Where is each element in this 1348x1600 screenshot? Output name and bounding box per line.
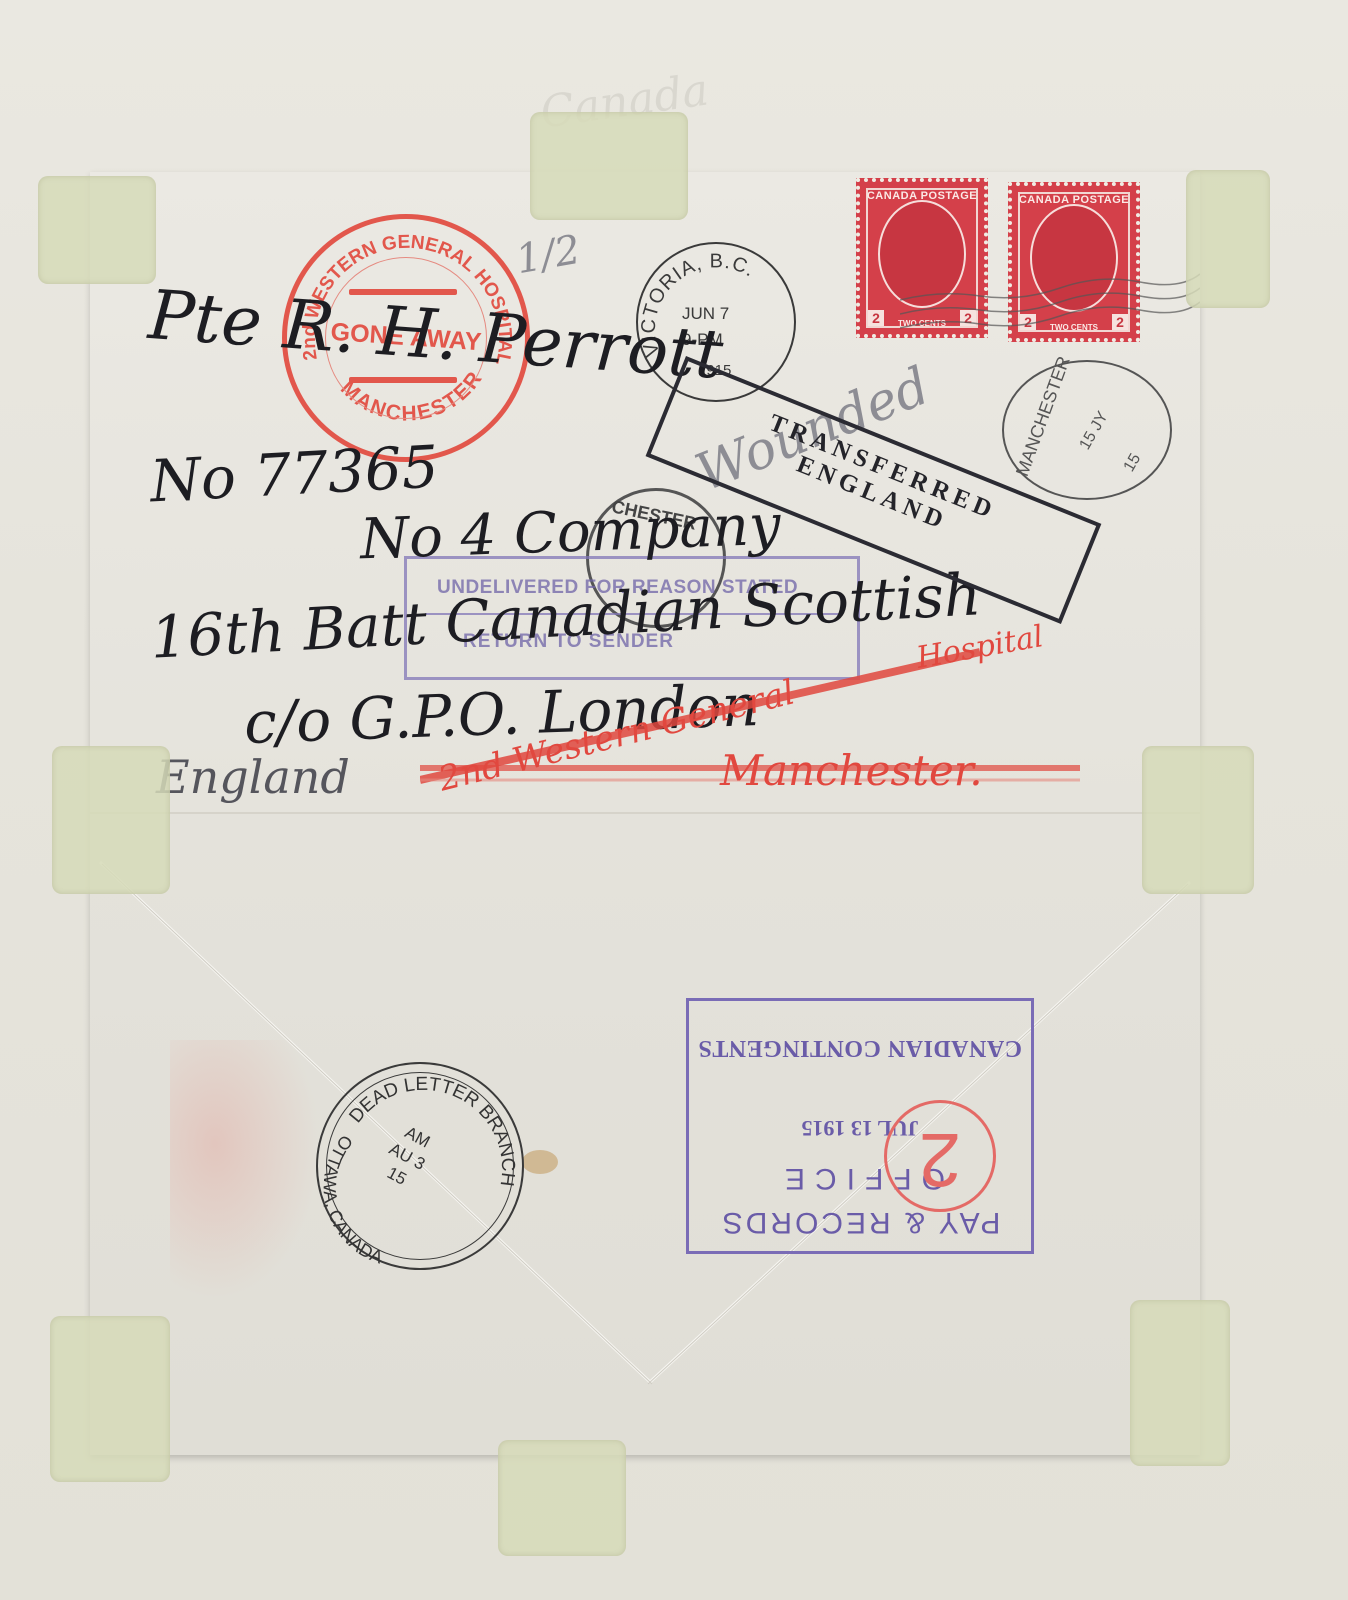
dead-letter-ring-bottom: OTTAWA, CANADA: [319, 1131, 385, 1267]
manchester-date: 15 JY: [1076, 409, 1112, 453]
mounting-tape-mid-right: [1142, 746, 1254, 894]
manchester-postmark: MANCHESTER 15 JY 15: [1002, 360, 1172, 500]
stamp-bar-bottom: [349, 377, 457, 383]
stamp-header: CANADA POSTAGE: [860, 190, 984, 202]
canadian-contingents-label: CANADIAN CONTINGENTS: [689, 1034, 1031, 1061]
stamp-value-left: 2: [868, 310, 884, 326]
mounting-tape-mid-left: [52, 746, 170, 894]
manchester-year: 15: [1121, 451, 1145, 475]
mounting-tape-bottom: [498, 1440, 626, 1556]
mounting-tape-bottom-left: [50, 1316, 170, 1482]
red-circle-numeral-mark: 2: [884, 1100, 996, 1212]
dead-letter-ring-top: DEAD LETTER BRANCH: [345, 1074, 518, 1188]
address-line-country: England: [156, 750, 350, 804]
mounting-tape-top: [530, 112, 688, 220]
mounting-tape-bottom-right: [1130, 1300, 1230, 1466]
mounting-tape-top-right: [1186, 170, 1270, 308]
dead-letter-branch-postmark: DEAD LETTER BRANCH OTTAWA, CANADA AM AU …: [316, 1062, 524, 1270]
red-note-manchester: Manchester.: [720, 746, 983, 795]
pay-records-label: PAY & RECORDS: [689, 1205, 1031, 1239]
red-ink-offset: [170, 1040, 320, 1300]
svg-text:OTTAWA, CANADA: OTTAWA, CANADA: [319, 1131, 385, 1267]
svg-text:DEAD LETTER BRANCH: DEAD LETTER BRANCH: [345, 1074, 518, 1188]
stamp-header: CANADA POSTAGE: [1012, 194, 1136, 206]
mounting-tape-top-left: [38, 176, 156, 284]
machine-cancel-lines: [900, 230, 1200, 350]
